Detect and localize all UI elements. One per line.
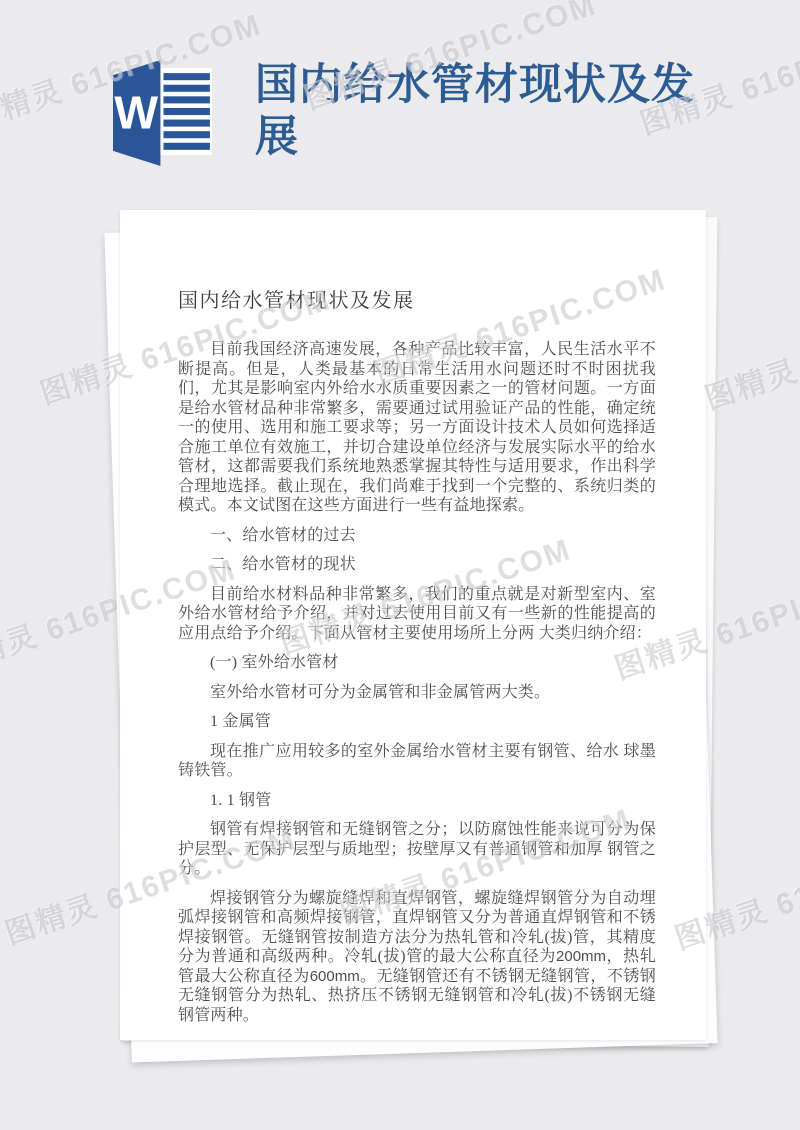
doc-subheading: 1 金属管 [178, 712, 656, 732]
document-page: 国内给水管材现状及发展 目前我国经济高速发展，各种产品比较丰富，人民生活水平不断… [120, 210, 706, 1040]
doc-heading: 国内给水管材现状及发展 [178, 284, 656, 313]
doc-subheading: 一、给水管材的过去 [178, 526, 656, 546]
word-file-icon: W [113, 60, 219, 166]
word-icon-letter: W [114, 87, 158, 139]
doc-subheading: (一) 室外给水管材 [178, 653, 656, 673]
header: W 国内给水管材现状及发展 [113, 60, 733, 166]
doc-paragraph: 室外给水管材可分为金属管和非金属管两大类。 [178, 683, 656, 703]
page-canvas: W 国内给水管材现状及发展 国内给水管材现状及发展 目前我国经济高速发展，各种产… [0, 0, 800, 1130]
doc-subheading: 1. 1 钢管 [178, 791, 656, 811]
document-body: 目前我国经济高速发展，各种产品比较丰富，人民生活水平不断提高。但是，人类最基本的… [178, 340, 656, 1025]
page-title: 国内给水管材现状及发展 [255, 60, 733, 165]
doc-paragraph: 现在推广应用较多的室外金属给水管材主要有钢管、给水 球墨铸铁管。 [178, 742, 656, 781]
doc-paragraph: 钢管有焊接钢管和无缝钢管之分；以防腐蚀性能来说可分为保护层型、无保护层型与质地型… [178, 820, 656, 879]
doc-subheading: 二、给水管材的现状 [178, 555, 656, 575]
doc-paragraph: 目前给水材料品种非常繁多，我们的重点就是对新型室内、室外给水管材给予介绍，并对过… [178, 585, 656, 644]
doc-paragraph: 焊接钢管分为螺旋缝焊和直焊钢管，螺旋缝焊钢管分为自动埋弧焊接钢管和高频焊接钢管，… [178, 889, 656, 1026]
document-preview: 国内给水管材现状及发展 目前我国经济高速发展，各种产品比较丰富，人民生活水平不断… [120, 210, 706, 1040]
doc-paragraph: 目前我国经济高速发展，各种产品比较丰富，人民生活水平不断提高。但是，人类最基本的… [178, 340, 656, 516]
